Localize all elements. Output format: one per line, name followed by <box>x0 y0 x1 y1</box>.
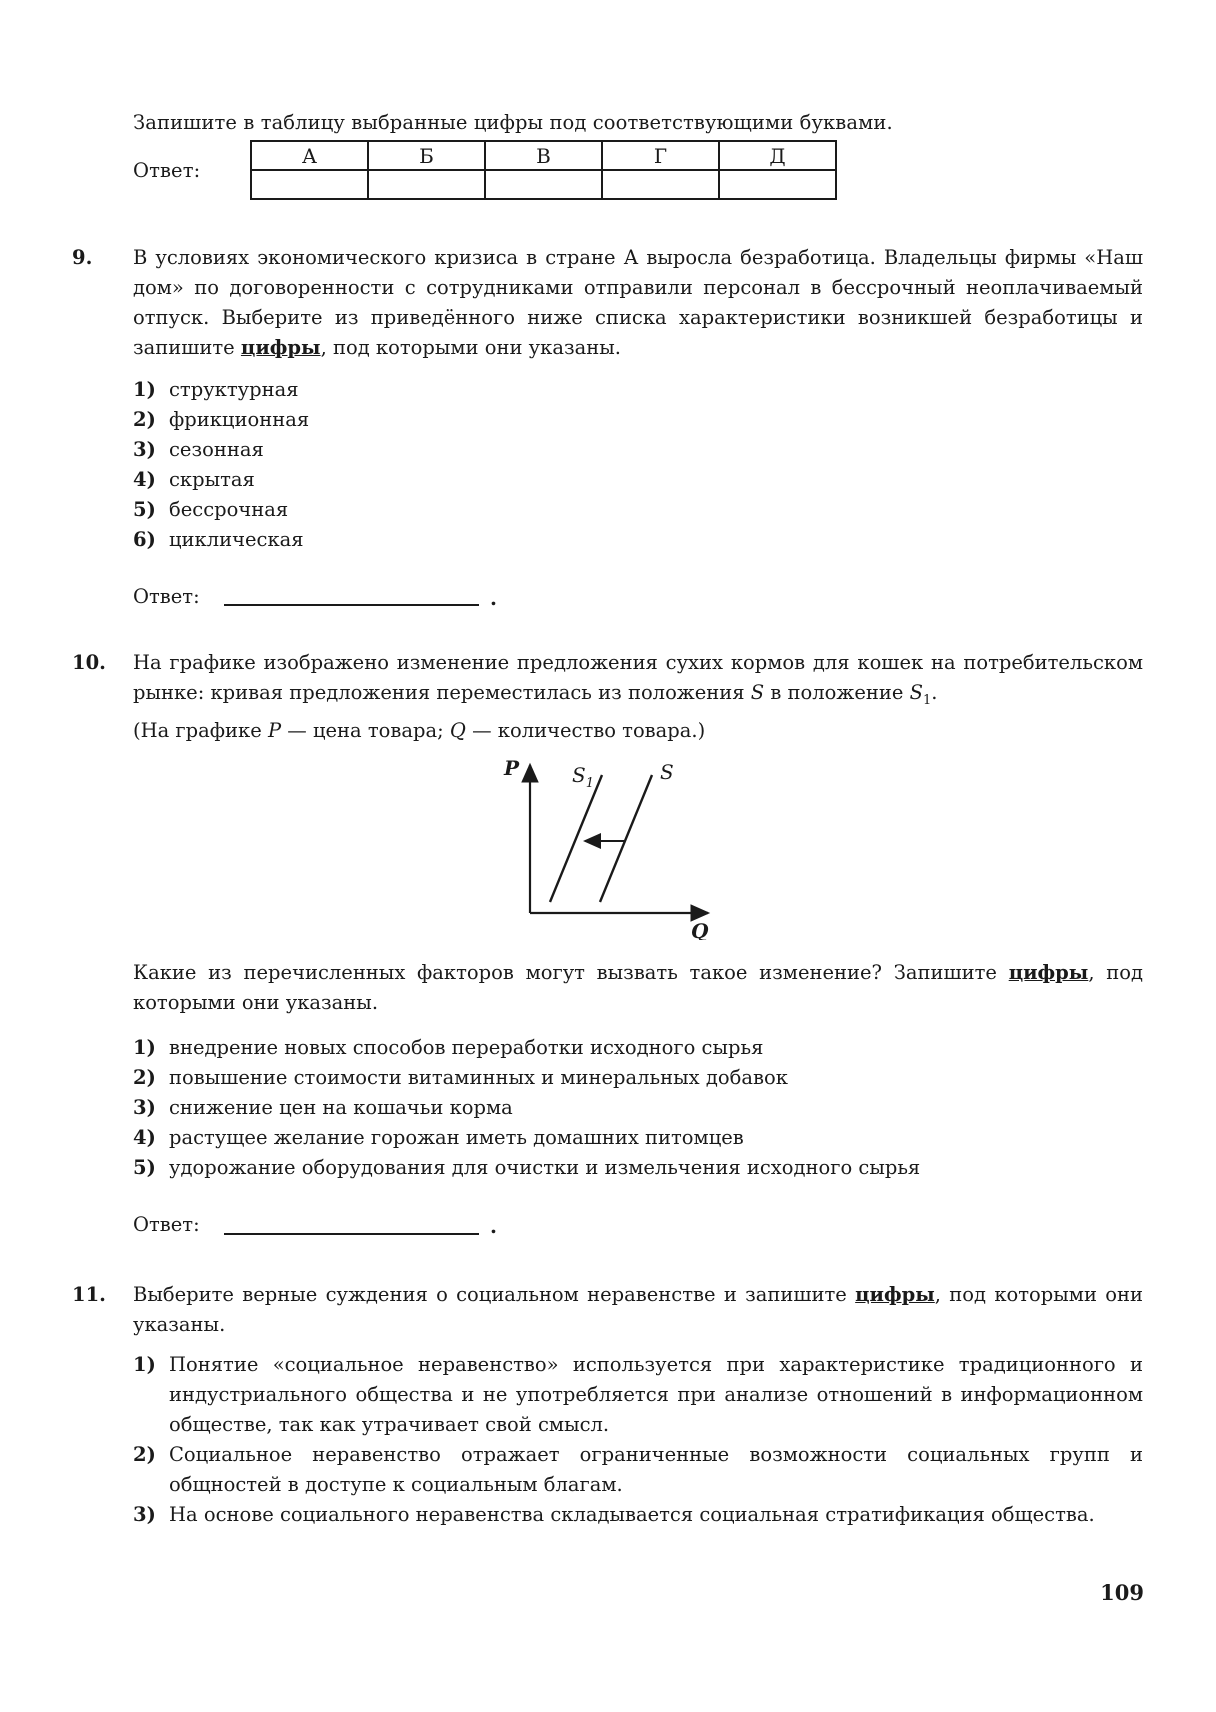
q10-text-2: в положение <box>764 681 909 704</box>
q10-text-5: — цена товара; <box>281 719 450 742</box>
q11-text-before: Выберите верные суждения о социальном не… <box>133 1283 855 1306</box>
question-11-number: 11. <box>72 1280 106 1310</box>
q9-option-2-text: фрикционная <box>169 408 309 431</box>
q10-option-3-number: 3) <box>133 1093 169 1123</box>
q10-emph: цифры <box>1009 961 1089 984</box>
question-10-text: На графике изображено изменение предложе… <box>133 648 1143 746</box>
q9-option-4-text: скрытая <box>169 468 255 491</box>
q10-answer-field[interactable] <box>224 1233 479 1235</box>
q10-answer-label: Ответ: <box>133 1210 200 1240</box>
q10-text-4: (На графике <box>133 719 268 742</box>
s-curve <box>600 775 652 902</box>
q9-answer-label: Ответ: <box>133 582 200 612</box>
q9-option-3: 3)сезонная <box>133 435 264 465</box>
answer-label-table: Ответ: <box>133 156 200 186</box>
q10-option-2: 2)повышение стоимости витаминных и минер… <box>133 1063 788 1093</box>
q11-option-3-text: На основе социального неравенства склады… <box>169 1500 1143 1530</box>
q9-option-3-number: 3) <box>133 435 169 465</box>
q9-option-4-number: 4) <box>133 465 169 495</box>
q9-option-5-text: бессрочная <box>169 498 288 521</box>
q10-option-5-text: удорожание оборудования для очистки и из… <box>169 1156 920 1179</box>
s1-curve <box>550 775 602 902</box>
q10-text-6: — количество товара.) <box>466 719 705 742</box>
q9-option-5: 5)бессрочная <box>133 495 288 525</box>
q10-symbol-q: Q <box>450 719 466 742</box>
q10-option-1-number: 1) <box>133 1033 169 1063</box>
q-axis-label: Q <box>691 919 709 940</box>
answer-table-header-row: А Б В Г Д <box>251 141 836 170</box>
q9-option-2: 2)фрикционная <box>133 405 309 435</box>
answer-cell-a[interactable] <box>251 170 368 199</box>
supply-shift-chart: P S1 S Q <box>490 740 730 940</box>
q10-option-5-number: 5) <box>133 1153 169 1183</box>
q10-option-1: 1)внедрение новых способов переработки и… <box>133 1033 763 1063</box>
q10-answer-period: . <box>490 1214 497 1238</box>
question-11-text: Выберите верные суждения о социальном не… <box>133 1280 1143 1340</box>
q10-option-4-text: растущее желание горожан иметь домашних … <box>169 1126 744 1149</box>
q9-option-1-text: структурная <box>169 378 299 401</box>
q9-option-6-number: 6) <box>133 525 169 555</box>
s-label: S <box>660 760 674 784</box>
q10-symbol-p: P <box>268 719 281 742</box>
answer-table-header-g: Г <box>602 141 719 170</box>
answer-table-header-v: В <box>485 141 602 170</box>
answer-cell-d[interactable] <box>719 170 836 199</box>
q11-option-2-text: Социальное неравенство отражает ограниче… <box>169 1440 1143 1500</box>
q10-prompt-before: Какие из перечисленных факторов могут вы… <box>133 961 1009 984</box>
q9-option-6: 6)циклическая <box>133 525 304 555</box>
q9-answer-field[interactable] <box>224 604 479 606</box>
q11-option-1: 1)Понятие «социальное неравенство» испол… <box>133 1350 1143 1440</box>
answer-table-header-d: Д <box>719 141 836 170</box>
q10-text-1: На графике изображено изменение предложе… <box>133 651 1143 704</box>
question-9-number: 9. <box>72 243 92 273</box>
q11-option-2-number: 2) <box>133 1440 156 1470</box>
q10-symbol-s: S <box>751 681 764 704</box>
q9-option-1: 1)структурная <box>133 375 299 405</box>
page-number: 109 <box>1100 1580 1144 1605</box>
answer-cell-b[interactable] <box>368 170 485 199</box>
q9-option-2-number: 2) <box>133 405 169 435</box>
answer-cell-v[interactable] <box>485 170 602 199</box>
q10-symbol-s1-sub: 1 <box>923 693 931 708</box>
table-instruction: Запишите в таблицу выбранные цифры под с… <box>133 108 893 138</box>
q10-option-3-text: снижение цен на кошачьи корма <box>169 1096 513 1119</box>
s1-label: S1 <box>572 763 594 791</box>
answer-table-value-row <box>251 170 836 199</box>
q11-option-1-number: 1) <box>133 1350 156 1380</box>
q9-emph: цифры <box>241 336 321 359</box>
supply-chart-graphic: P S1 S Q <box>490 740 730 940</box>
q10-option-5: 5)удорожание оборудования для очистки и … <box>133 1153 920 1183</box>
answer-table-header-b: Б <box>368 141 485 170</box>
q11-option-3: 3)На основе социального неравенства скла… <box>133 1500 1143 1530</box>
q9-option-3-text: сезонная <box>169 438 264 461</box>
q10-option-4-number: 4) <box>133 1123 169 1153</box>
q9-option-4: 4)скрытая <box>133 465 255 495</box>
q10-option-1-text: внедрение новых способов переработки исх… <box>169 1036 763 1059</box>
q11-option-2: 2)Социальное неравенство отражает ограни… <box>133 1440 1143 1500</box>
q10-option-2-number: 2) <box>133 1063 169 1093</box>
answer-table: А Б В Г Д <box>250 140 837 200</box>
q10-option-4: 4)растущее желание горожан иметь домашни… <box>133 1123 744 1153</box>
q9-option-6-text: циклическая <box>169 528 304 551</box>
q9-option-1-number: 1) <box>133 375 169 405</box>
q9-option-5-number: 5) <box>133 495 169 525</box>
q11-option-1-text: Понятие «социальное неравенство» использ… <box>169 1350 1143 1440</box>
q9-answer-period: . <box>490 586 497 610</box>
q11-option-3-number: 3) <box>133 1500 156 1530</box>
p-axis-label: P <box>503 756 520 780</box>
q10-option-2-text: повышение стоимости витаминных и минерал… <box>169 1066 788 1089</box>
q10-symbol-s1: S <box>910 681 923 704</box>
answer-table-header-a: А <box>251 141 368 170</box>
question-10-prompt: Какие из перечисленных факторов могут вы… <box>133 958 1143 1018</box>
question-10-number: 10. <box>72 648 106 678</box>
q9-text-after: , под которыми они указаны. <box>321 336 621 359</box>
q10-text-3: . <box>931 681 937 704</box>
q10-option-3: 3)снижение цен на кошачьи корма <box>133 1093 513 1123</box>
q11-emph: цифры <box>855 1283 935 1306</box>
question-9-text: В условиях экономического кризиса в стра… <box>133 243 1143 363</box>
answer-cell-g[interactable] <box>602 170 719 199</box>
